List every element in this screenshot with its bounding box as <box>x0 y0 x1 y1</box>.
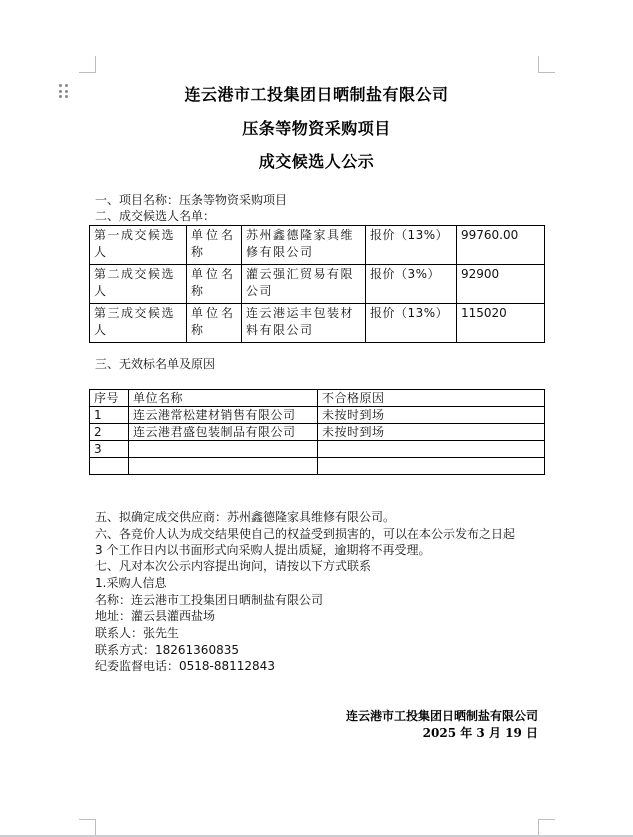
row-company <box>129 441 318 458</box>
supervision-phone: 纪委监督电话：0518-88112843 <box>95 658 275 674</box>
candidate-price: 92900 <box>457 265 545 304</box>
row-reason <box>318 458 545 475</box>
candidate-company: 苏州鑫德隆家具维修有限公司 <box>242 226 366 265</box>
row-company <box>129 458 318 475</box>
company-title: 连云港市工投集团日晒制盐有限公司 <box>0 82 633 105</box>
contact-phone: 联系方式：18261360835 <box>95 642 239 658</box>
signature-date: 2025 年 3 月 19 日 <box>423 725 538 741</box>
margin-corner-mark-top-right <box>538 56 555 73</box>
company-name-label: 单位名称 <box>187 265 242 304</box>
candidate-company: 灌云强汇贸易有限公司 <box>242 265 366 304</box>
table-header-row: 序号 单位名称 不合格原因 <box>90 390 545 407</box>
column-header-index: 序号 <box>90 390 129 407</box>
table-row: 第三成交候选人 单位名称 连云港运丰包装材料有限公司 报价（13%） 11502… <box>90 304 545 343</box>
row-company: 连云港君盛包装制品有限公司 <box>129 424 318 441</box>
section-candidate-list-heading: 二、成交候选人名单： <box>95 208 215 224</box>
candidate-price: 115020 <box>457 304 545 343</box>
candidate-rank: 第三成交候选人 <box>90 304 187 343</box>
row-reason: 未按时到场 <box>318 407 545 424</box>
purchaser-address: 地址：灌云县灌西盐场 <box>95 608 215 624</box>
project-title: 压条等物资采购项目 <box>0 116 633 139</box>
company-name-label: 单位名称 <box>187 304 242 343</box>
invalid-bids-table: 序号 单位名称 不合格原因 1 连云港常松建材销售有限公司 未按时到场 2 连云… <box>89 389 545 475</box>
contact-person: 联系人：张先生 <box>95 625 179 641</box>
signature-organization: 连云港市工投集团日晒制盐有限公司 <box>346 708 538 724</box>
column-header-company: 单位名称 <box>129 390 318 407</box>
table-row: 第一成交候选人 单位名称 苏州鑫德隆家具维修有限公司 报价（13%） 99760… <box>90 226 545 265</box>
purchaser-info-heading: 1.采购人信息 <box>95 575 166 591</box>
table-row: 1 连云港常松建材销售有限公司 未按时到场 <box>90 407 545 424</box>
purchaser-name: 名称：连云港市工投集团日晒制盐有限公司 <box>95 592 323 608</box>
table-row: 2 连云港君盛包装制品有限公司 未按时到场 <box>90 424 545 441</box>
section-invalid-bids-heading: 三、无效标名单及原因 <box>95 356 215 372</box>
section-project-name: 一、项目名称：压条等物资采购项目 <box>95 192 287 208</box>
candidate-rank: 第一成交候选人 <box>90 226 187 265</box>
margin-corner-mark-bottom-right <box>538 819 555 836</box>
row-index <box>90 458 129 475</box>
section-proposed-supplier: 五、拟确定成交供应商：苏州鑫德隆家具维修有限公司。 <box>95 509 395 525</box>
section-objection-line1: 六、各竞价人认为成交结果使自己的权益受到损害的，可以在本公示发布之日起 <box>95 526 515 542</box>
section-objection-line2: 3 个工作日内以书面形式向采购人提出质疑，逾期将不再受理。 <box>95 542 430 558</box>
section-contact-heading: 七、凡对本次公示内容提出询问，请按以下方式联系 <box>95 558 371 574</box>
margin-corner-mark-top-left <box>79 56 96 73</box>
candidate-price: 99760.00 <box>457 226 545 265</box>
candidate-company: 连云港运丰包装材料有限公司 <box>242 304 366 343</box>
company-name-label: 单位名称 <box>187 226 242 265</box>
margin-corner-mark-bottom-left <box>79 819 96 836</box>
price-label: 报价（13%） <box>366 304 457 343</box>
row-company: 连云港常松建材销售有限公司 <box>129 407 318 424</box>
table-row <box>90 458 545 475</box>
table-row: 第二成交候选人 单位名称 灌云强汇贸易有限公司 报价（3%） 92900 <box>90 265 545 304</box>
column-header-reason: 不合格原因 <box>318 390 545 407</box>
row-reason <box>318 441 545 458</box>
price-label: 报价（3%） <box>366 265 457 304</box>
row-reason: 未按时到场 <box>318 424 545 441</box>
notice-title: 成交候选人公示 <box>0 149 633 172</box>
candidate-rank: 第二成交候选人 <box>90 265 187 304</box>
price-label: 报价（13%） <box>366 226 457 265</box>
table-row: 3 <box>90 441 545 458</box>
row-index: 3 <box>90 441 129 458</box>
row-index: 2 <box>90 424 129 441</box>
candidates-table: 第一成交候选人 单位名称 苏州鑫德隆家具维修有限公司 报价（13%） 99760… <box>89 225 545 343</box>
row-index: 1 <box>90 407 129 424</box>
document-page: 连云港市工投集团日晒制盐有限公司 压条等物资采购项目 成交候选人公示 一、项目名… <box>0 0 633 835</box>
